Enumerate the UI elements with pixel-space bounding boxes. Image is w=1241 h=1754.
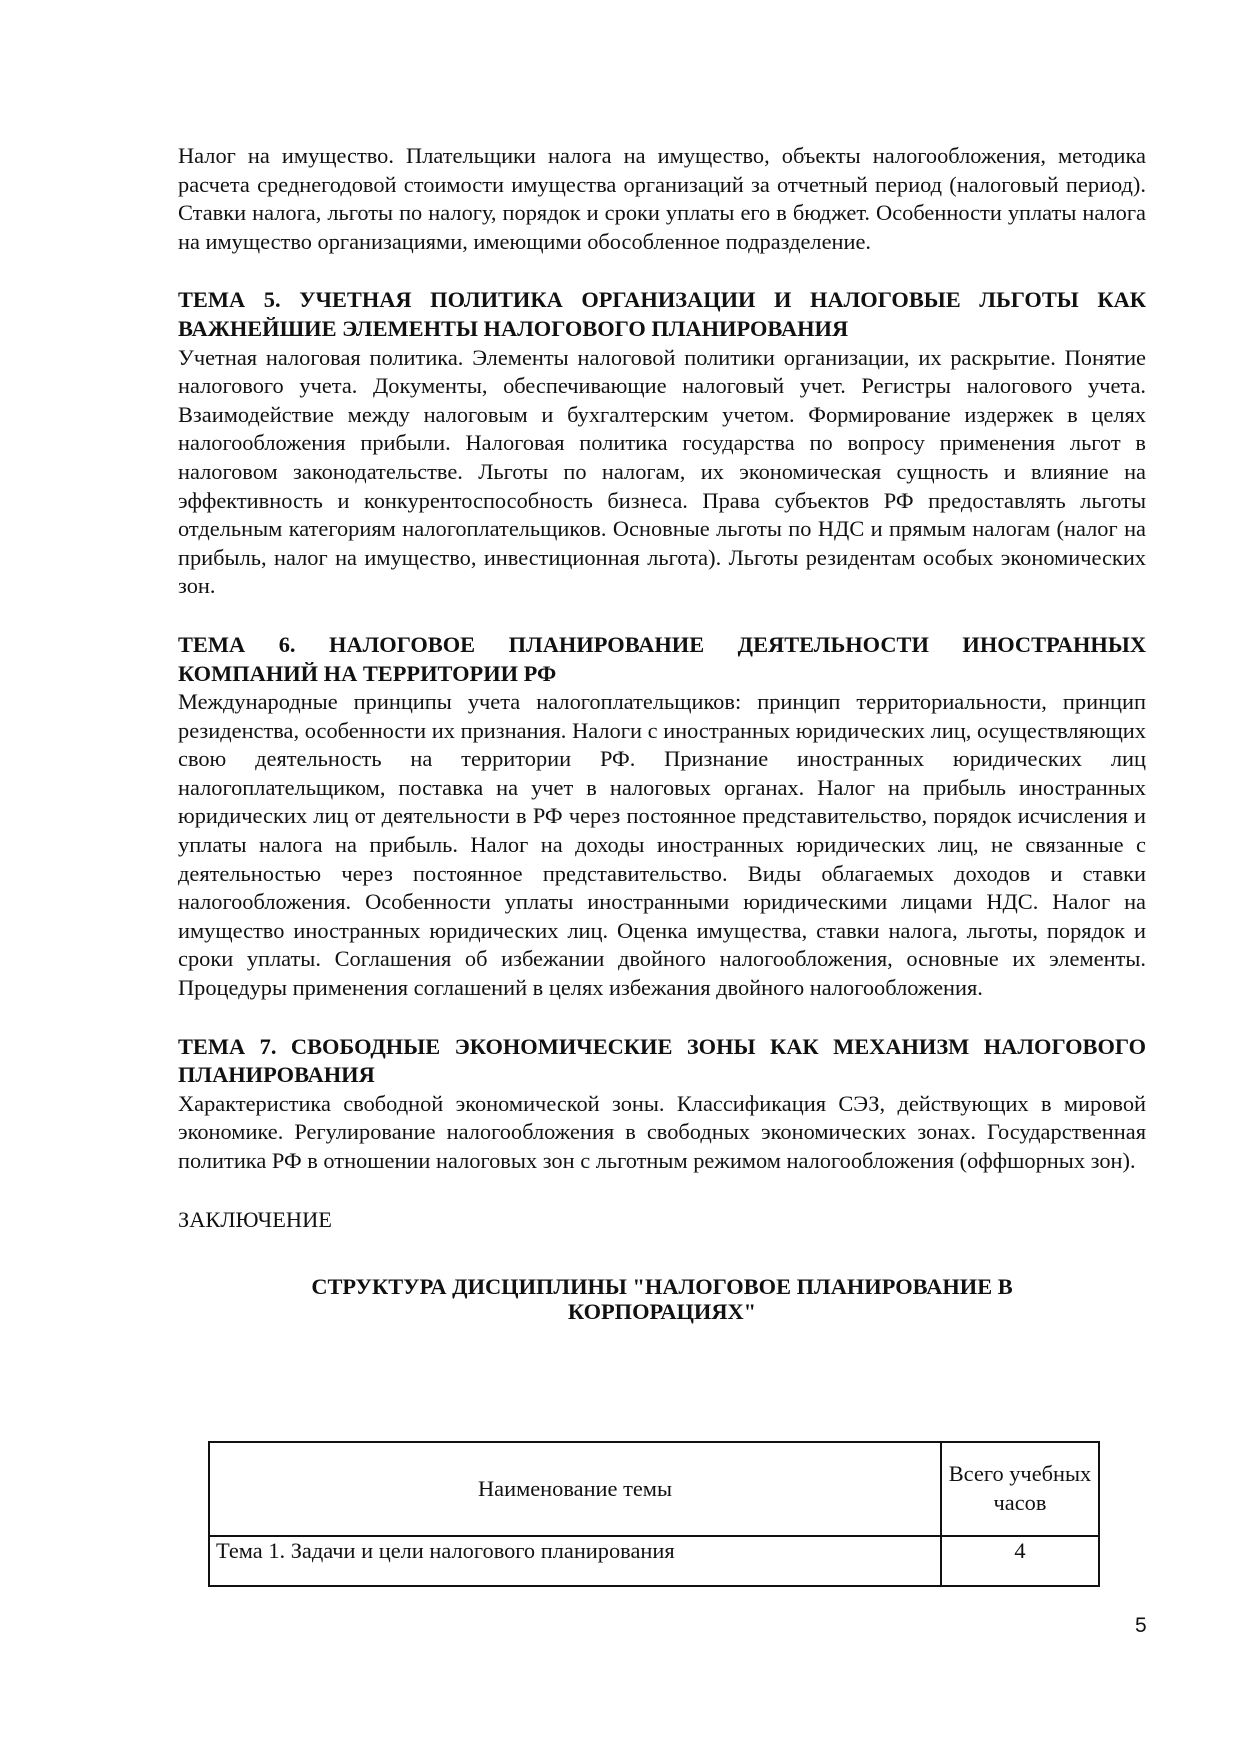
topic-heading: ТЕМА 5. УЧЕТНАЯ ПОЛИТИКА ОРГАНИЗАЦИИ И Н… — [178, 286, 1146, 343]
structure-table: Наименование темы Всего учебных часов Те… — [208, 1441, 1100, 1587]
topic-7: ТЕМА 7. СВОБОДНЫЕ ЭКОНОМИЧЕСКИЕ ЗОНЫ КАК… — [178, 1033, 1146, 1176]
page-number: 5 — [1135, 1614, 1147, 1638]
topic-6: ТЕМА 6. НАЛОГОВОЕ ПЛАНИРОВАНИЕ ДЕЯТЕЛЬНО… — [178, 631, 1146, 1003]
table-header-row: Наименование темы Всего учебных часов — [209, 1442, 1099, 1536]
conclusion-heading: ЗАКЛЮЧЕНИЕ — [178, 1206, 1146, 1235]
column-header-topic: Наименование темы — [209, 1442, 941, 1536]
cell-topic: Тема 1. Задачи и цели налогового планиро… — [209, 1536, 941, 1586]
topic-heading: ТЕМА 7. СВОБОДНЫЕ ЭКОНОМИЧЕСКИЕ ЗОНЫ КАК… — [178, 1033, 1146, 1090]
topic-body: Международные принципы учета налогоплате… — [178, 688, 1146, 1003]
topic-body: Характеристика свободной экономической з… — [178, 1090, 1146, 1176]
topic-body: Учетная налоговая политика. Элементы нал… — [178, 344, 1146, 601]
structure-title: СТРУКТУРА ДИСЦИПЛИНЫ "НАЛОГОВОЕ ПЛАНИРОВ… — [178, 1274, 1146, 1324]
table-row: Тема 1. Задачи и цели налогового планиро… — [209, 1536, 1099, 1586]
intro-paragraph: Налог на имущество. Плательщики налога н… — [178, 142, 1146, 256]
topic-5: ТЕМА 5. УЧЕТНАЯ ПОЛИТИКА ОРГАНИЗАЦИИ И Н… — [178, 286, 1146, 601]
document-page: Налог на имущество. Плательщики налога н… — [178, 142, 1146, 1324]
cell-hours: 4 — [941, 1536, 1099, 1586]
topic-heading: ТЕМА 6. НАЛОГОВОЕ ПЛАНИРОВАНИЕ ДЕЯТЕЛЬНО… — [178, 631, 1146, 688]
column-header-hours: Всего учебных часов — [941, 1442, 1099, 1536]
